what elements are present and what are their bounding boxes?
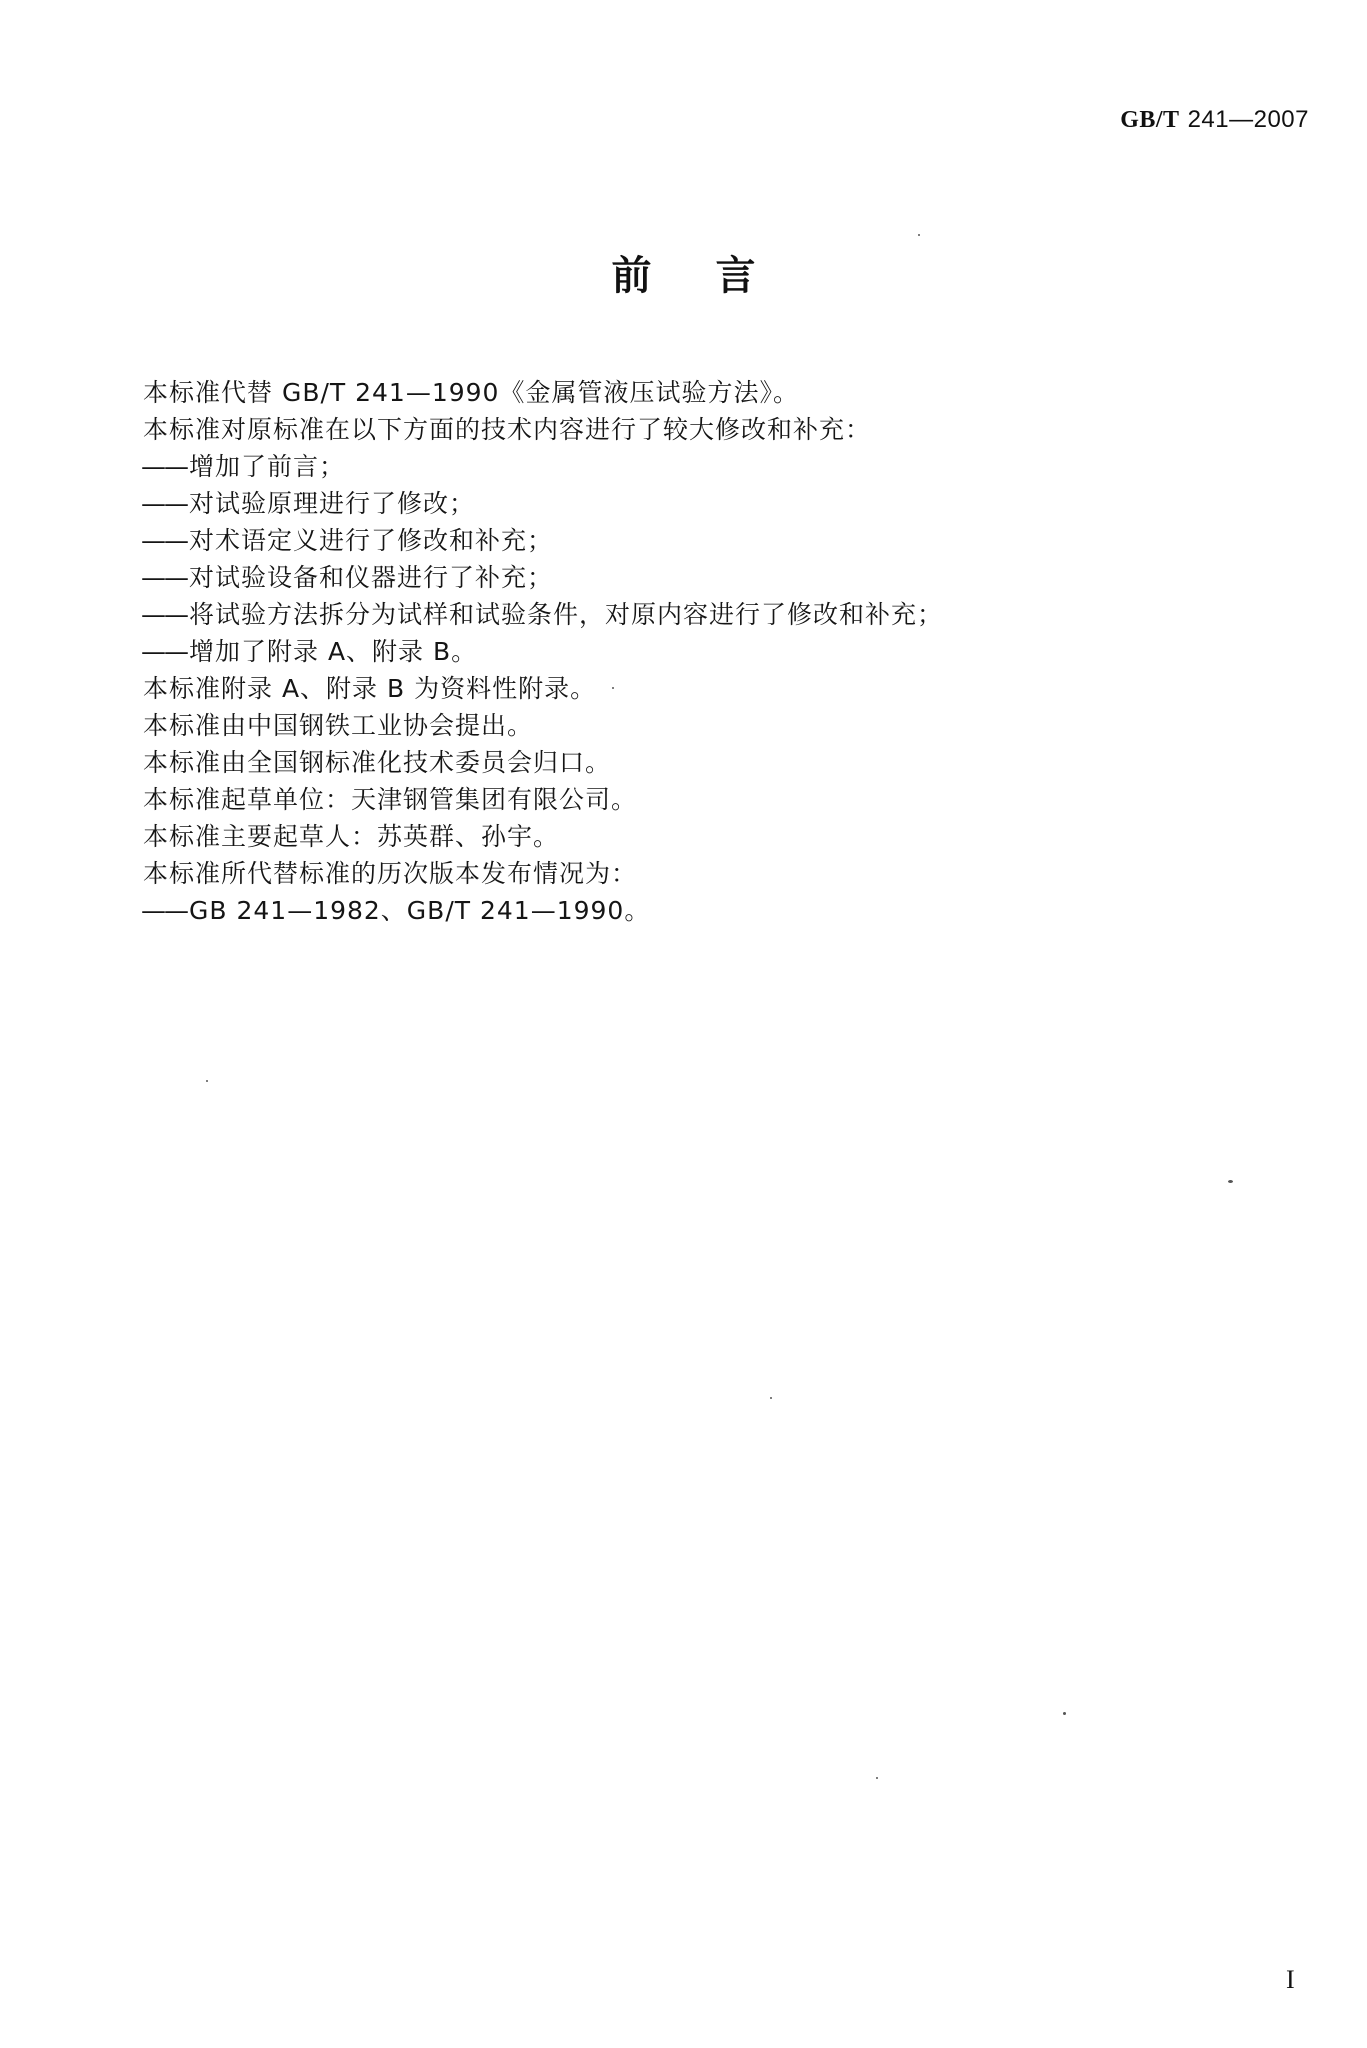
list-item: ——对试验设备和仪器进行了补充； <box>141 559 1261 596</box>
list-item: ——GB 241—1982、GB/T 241—1990。 <box>141 892 1261 929</box>
paragraph-line: 本标准主要起草人：苏英群、孙宇。 <box>141 818 1261 855</box>
scan-speck <box>206 1080 208 1082</box>
document-page: GB/T241—2007 前言 本标准代替 GB/T 241—1990《金属管液… <box>0 0 1367 2048</box>
em-dash-marker: —— <box>141 600 187 629</box>
paragraph-line: 本标准所代替标准的历次版本发布情况为： <box>141 855 1261 892</box>
em-dash-marker: —— <box>141 489 187 518</box>
paragraph-line: 本标准对原标准在以下方面的技术内容进行了较大修改和补充： <box>141 411 1261 448</box>
list-item-text: 对试验原理进行了修改； <box>189 489 475 518</box>
list-item: ——增加了前言； <box>141 448 1261 485</box>
list-item-text: GB 241—1982、GB/T 241—1990。 <box>189 896 650 925</box>
em-dash-marker: —— <box>141 526 187 555</box>
standard-number-header: GB/T241—2007 <box>1120 106 1309 134</box>
standard-number: 241—2007 <box>1188 106 1309 133</box>
paragraph-text: 本标准代替 GB/T 241—1990《金属管液压试验方法》。 <box>143 378 799 407</box>
paragraph-text: 本标准所代替标准的历次版本发布情况为： <box>143 859 637 888</box>
scan-speck <box>1063 1712 1066 1715</box>
list-item: ——增加了附录 A、附录 B。 <box>141 633 1261 670</box>
paragraph-line: 本标准由中国钢铁工业协会提出。 <box>141 707 1261 744</box>
scan-speck <box>612 687 614 689</box>
em-dash-marker: —— <box>141 637 187 666</box>
standard-prefix: GB/T <box>1120 107 1179 133</box>
list-item: ——对术语定义进行了修改和补充； <box>141 522 1261 559</box>
list-item: ——将试验方法拆分为试样和试验条件，对原内容进行了修改和补充； <box>141 596 1261 633</box>
paragraph-text: 本标准主要起草人：苏英群、孙宇。 <box>143 822 559 851</box>
em-dash-marker: —— <box>141 896 187 925</box>
paragraph-line: 本标准由全国钢标准化技术委员会归口。 <box>141 744 1261 781</box>
paragraph-line: 本标准起草单位：天津钢管集团有限公司。 <box>141 781 1261 818</box>
paragraph-text: 本标准对原标准在以下方面的技术内容进行了较大修改和补充： <box>143 415 871 444</box>
paragraph-line: 本标准附录 A、附录 B 为资料性附录。 <box>141 670 1261 707</box>
paragraph-text: 本标准附录 A、附录 B 为资料性附录。 <box>143 674 596 703</box>
scan-speck <box>770 1397 772 1399</box>
paragraph-text: 本标准由全国钢标准化技术委员会归口。 <box>143 748 611 777</box>
list-item-text: 对试验设备和仪器进行了补充； <box>189 563 553 592</box>
scan-speck <box>876 1777 878 1779</box>
list-item-text: 增加了附录 A、附录 B。 <box>189 637 477 666</box>
em-dash-marker: —— <box>141 563 187 592</box>
paragraph-text: 本标准起草单位：天津钢管集团有限公司。 <box>143 785 637 814</box>
foreword-body: 本标准代替 GB/T 241—1990《金属管液压试验方法》。 本标准对原标准在… <box>141 374 1261 929</box>
list-item: ——对试验原理进行了修改； <box>141 485 1261 522</box>
scan-speck <box>918 234 920 236</box>
paragraph-line: 本标准代替 GB/T 241—1990《金属管液压试验方法》。 <box>141 374 1261 411</box>
list-item-text: 将试验方法拆分为试样和试验条件，对原内容进行了修改和补充； <box>189 600 943 629</box>
scan-speck <box>1228 1180 1233 1183</box>
paragraph-text: 本标准由中国钢铁工业协会提出。 <box>143 711 533 740</box>
page-title: 前言 <box>0 244 1367 301</box>
em-dash-marker: —— <box>141 452 187 481</box>
list-item-text: 对术语定义进行了修改和补充； <box>189 526 553 555</box>
list-item-text: 增加了前言； <box>189 452 345 481</box>
page-number: I <box>1286 1965 1295 1995</box>
